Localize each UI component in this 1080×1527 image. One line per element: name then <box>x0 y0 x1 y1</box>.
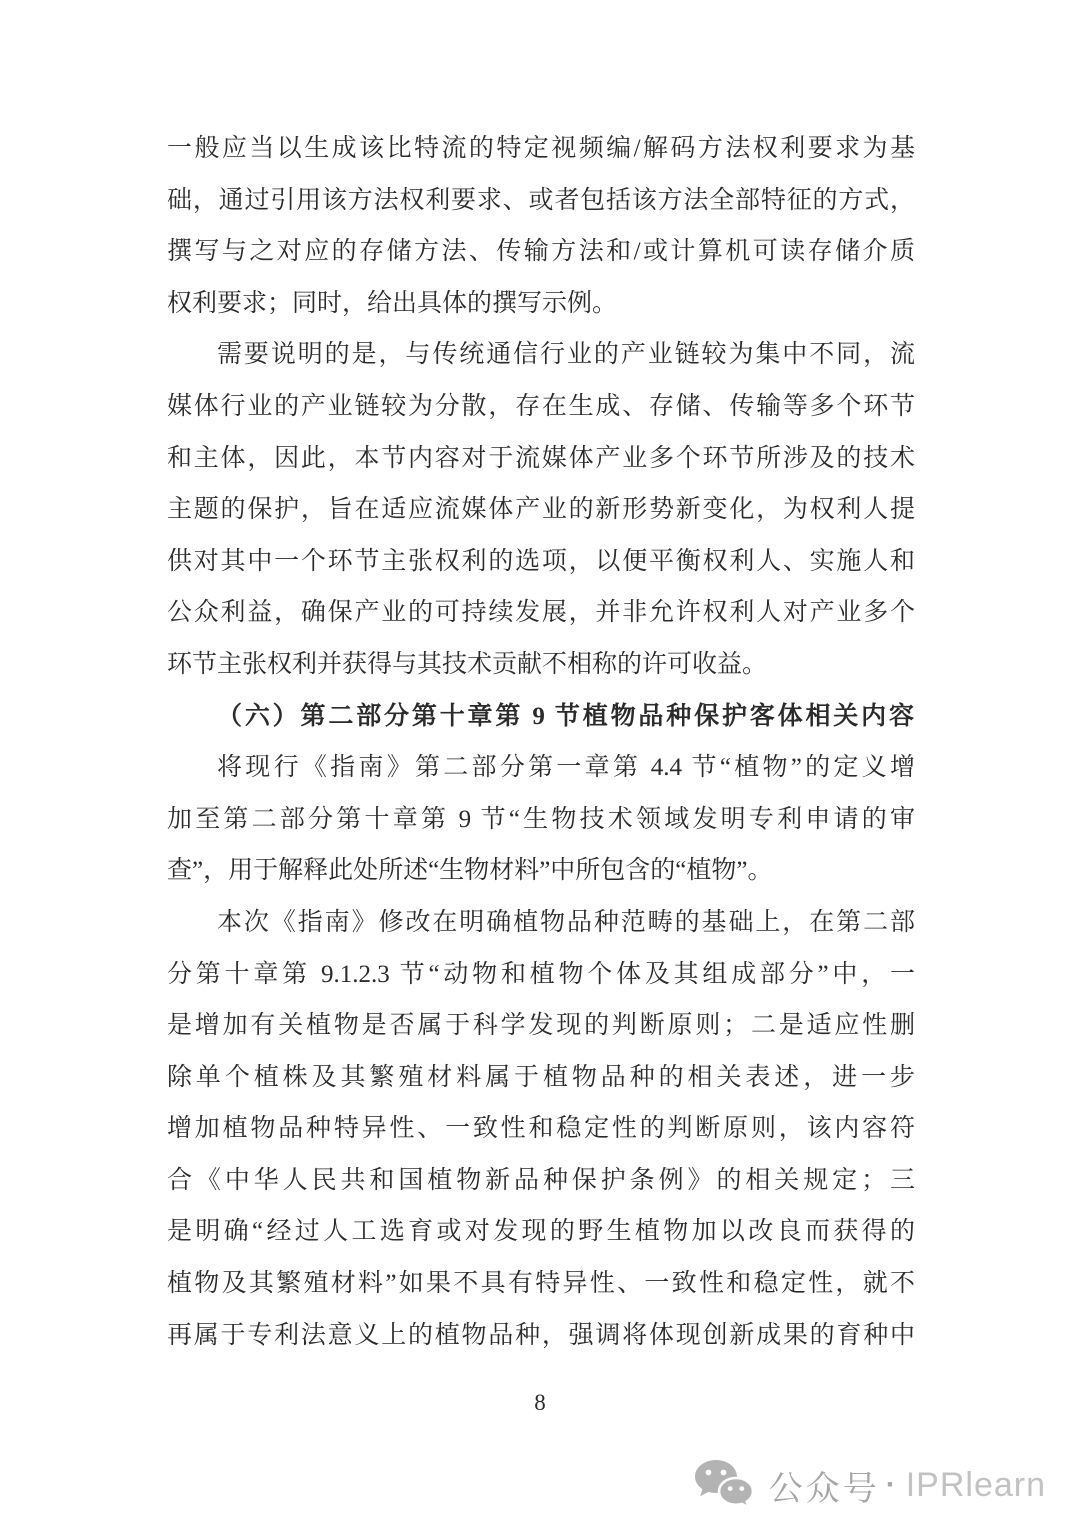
watermark: 公众号 · IPRlearn <box>693 1458 1046 1512</box>
text-line: 将现行《指南》第二部分第一章第 4.4 节“植物”的定义增 <box>167 742 915 794</box>
text-line: 加至第二部分第十章第 9 节“生物技术领域发明专利申请的审 <box>167 794 915 846</box>
text-line: 增加植物品种特异性、一致性和稳定性的判断原则，该内容符 <box>167 1103 915 1155</box>
text-line: 环节主张权利并获得与其技术贡献不相称的许可收益。 <box>167 639 915 691</box>
text-line: 媒体行业的产业链较为分散，存在生成、存储、传输等多个环节 <box>167 381 915 433</box>
text-line: 需要说明的是，与传统通信行业的产业链较为集中不同，流 <box>167 329 915 381</box>
paragraph-1: 一般应当以生成该比特流的特定视频编/解码方法权利要求为基 础，通过引用该方法权利… <box>167 123 915 329</box>
page-number: 8 <box>0 1390 1080 1416</box>
text-line: 和主体，因此，本节内容对于流媒体产业多个环节所涉及的技术 <box>167 433 915 485</box>
paragraph-3: 将现行《指南》第二部分第一章第 4.4 节“植物”的定义增 加至第二部分第十章第… <box>167 742 915 897</box>
paragraph-2: 需要说明的是，与传统通信行业的产业链较为集中不同，流 媒体行业的产业链较为分散，… <box>167 329 915 690</box>
section-heading-text: （六）第二部分第十章第 9 节植物品种保护客体相关内容 <box>167 691 915 743</box>
text-line: 础，通过引用该方法权利要求、或者包括该方法全部特征的方式， <box>167 175 915 227</box>
section-heading: （六）第二部分第十章第 9 节植物品种保护客体相关内容 <box>167 691 915 743</box>
text-line: 一般应当以生成该比特流的特定视频编/解码方法权利要求为基 <box>167 123 915 175</box>
watermark-label: 公众号 <box>769 1461 880 1510</box>
text-line: 撰写与之对应的存储方法、传输方法和/或计算机可读存储介质 <box>167 226 915 278</box>
wechat-icon <box>693 1458 755 1512</box>
text-line: 公众利益，确保产业的可持续发展，并非允许权利人对产业多个 <box>167 587 915 639</box>
text-line: 是明确“经过人工选育或对发现的野生植物加以改良而获得的 <box>167 1206 915 1258</box>
text-line: 权利要求；同时，给出具体的撰写示例。 <box>167 278 915 330</box>
text-line: 分第十章第 9.1.2.3 节“动物和植物个体及其组成部分”中，一 <box>167 949 915 1001</box>
text-line: 本次《指南》修改在明确植物品种范畴的基础上，在第二部 <box>167 897 915 949</box>
text-line: 供对其中一个环节主张权利的选项，以便平衡权利人、实施人和 <box>167 536 915 588</box>
text-line: 是增加有关植物是否属于科学发现的判断原则；二是适应性删 <box>167 1000 915 1052</box>
text-line: 查”，用于解释此处所述“生物材料”中所包含的“植物”。 <box>167 845 915 897</box>
document-body: 一般应当以生成该比特流的特定视频编/解码方法权利要求为基 础，通过引用该方法权利… <box>167 123 915 1361</box>
document-page: 一般应当以生成该比特流的特定视频编/解码方法权利要求为基 础，通过引用该方法权利… <box>0 0 1080 1527</box>
watermark-account: IPRlearn <box>906 1466 1046 1505</box>
text-line: 再属于专利法意义上的植物品种，强调将体现创新成果的育种中 <box>167 1310 915 1362</box>
text-line: 主题的保护，旨在适应流媒体产业的新形势新变化，为权利人提 <box>167 484 915 536</box>
text-line: 植物及其繁殖材料”如果不具有特异性、一致性和稳定性，就不 <box>167 1258 915 1310</box>
text-line: 除单个植株及其繁殖材料属于植物品种的相关表述，进一步 <box>167 1052 915 1104</box>
watermark-separator: · <box>886 1468 896 1502</box>
text-line: 合《中华人民共和国植物新品种保护条例》的相关规定；三 <box>167 1155 915 1207</box>
paragraph-4: 本次《指南》修改在明确植物品种范畴的基础上，在第二部 分第十章第 9.1.2.3… <box>167 897 915 1361</box>
